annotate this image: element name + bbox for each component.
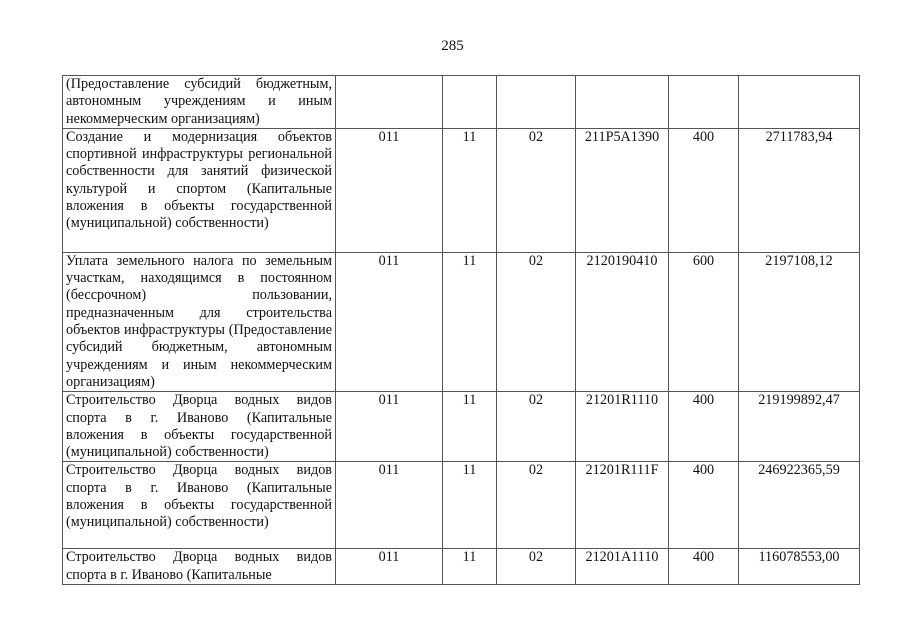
- row-description: Создание и модернизация объектов спортив…: [63, 128, 336, 252]
- row-expense-type: 400: [669, 392, 739, 462]
- row-subsection-code: 02: [497, 128, 576, 252]
- table-row: Строительство Дворца водных видов спорта…: [63, 549, 860, 585]
- row-amount: 246922365,59: [739, 462, 860, 549]
- row-subsection-code: 02: [497, 462, 576, 549]
- row-subsection-code: 02: [497, 252, 576, 391]
- row-amount: 116078553,00: [739, 549, 860, 585]
- row-expense-type: 600: [669, 252, 739, 391]
- row-description: Строительство Дворца водных видов спорта…: [63, 549, 336, 585]
- row-expense-type: 400: [669, 128, 739, 252]
- row-target-article: 21201R111F: [576, 462, 669, 549]
- row-section-code: 11: [443, 392, 497, 462]
- row-target-article: [576, 76, 669, 129]
- row-expense-type: [669, 76, 739, 129]
- row-grbs-code: [336, 76, 443, 129]
- page-number: 285: [0, 37, 905, 55]
- row-target-article: 21201R1110: [576, 392, 669, 462]
- row-amount: 219199892,47: [739, 392, 860, 462]
- row-grbs-code: 011: [336, 462, 443, 549]
- row-amount: [739, 76, 860, 129]
- row-section-code: 11: [443, 252, 497, 391]
- table-row: Уплата земельного налога по земельным уч…: [63, 252, 860, 391]
- row-grbs-code: 011: [336, 252, 443, 391]
- row-section-code: 11: [443, 128, 497, 252]
- row-subsection-code: [497, 76, 576, 129]
- table-row: Строительство Дворца водных видов спорта…: [63, 392, 860, 462]
- row-description: Уплата земельного налога по земельным уч…: [63, 252, 336, 391]
- row-section-code: 11: [443, 462, 497, 549]
- row-description: Строительство Дворца водных видов спорта…: [63, 462, 336, 549]
- table-row: Создание и модернизация объектов спортив…: [63, 128, 860, 252]
- row-target-article: 2120190410: [576, 252, 669, 391]
- row-target-article: 211P5A1390: [576, 128, 669, 252]
- row-subsection-code: 02: [497, 392, 576, 462]
- row-expense-type: 400: [669, 462, 739, 549]
- row-grbs-code: 011: [336, 128, 443, 252]
- table-row: (Предоставление субсидий бюджетным, авто…: [63, 76, 860, 129]
- row-section-code: 11: [443, 549, 497, 585]
- row-amount: 2711783,94: [739, 128, 860, 252]
- row-description: Строительство Дворца водных видов спорта…: [63, 392, 336, 462]
- row-expense-type: 400: [669, 549, 739, 585]
- row-subsection-code: 02: [497, 549, 576, 585]
- row-grbs-code: 011: [336, 392, 443, 462]
- row-section-code: [443, 76, 497, 129]
- row-description: (Предоставление субсидий бюджетным, авто…: [63, 76, 336, 129]
- budget-table: (Предоставление субсидий бюджетным, авто…: [62, 75, 860, 585]
- table-row: Строительство Дворца водных видов спорта…: [63, 462, 860, 549]
- row-target-article: 21201A1110: [576, 549, 669, 585]
- row-amount: 2197108,12: [739, 252, 860, 391]
- row-grbs-code: 011: [336, 549, 443, 585]
